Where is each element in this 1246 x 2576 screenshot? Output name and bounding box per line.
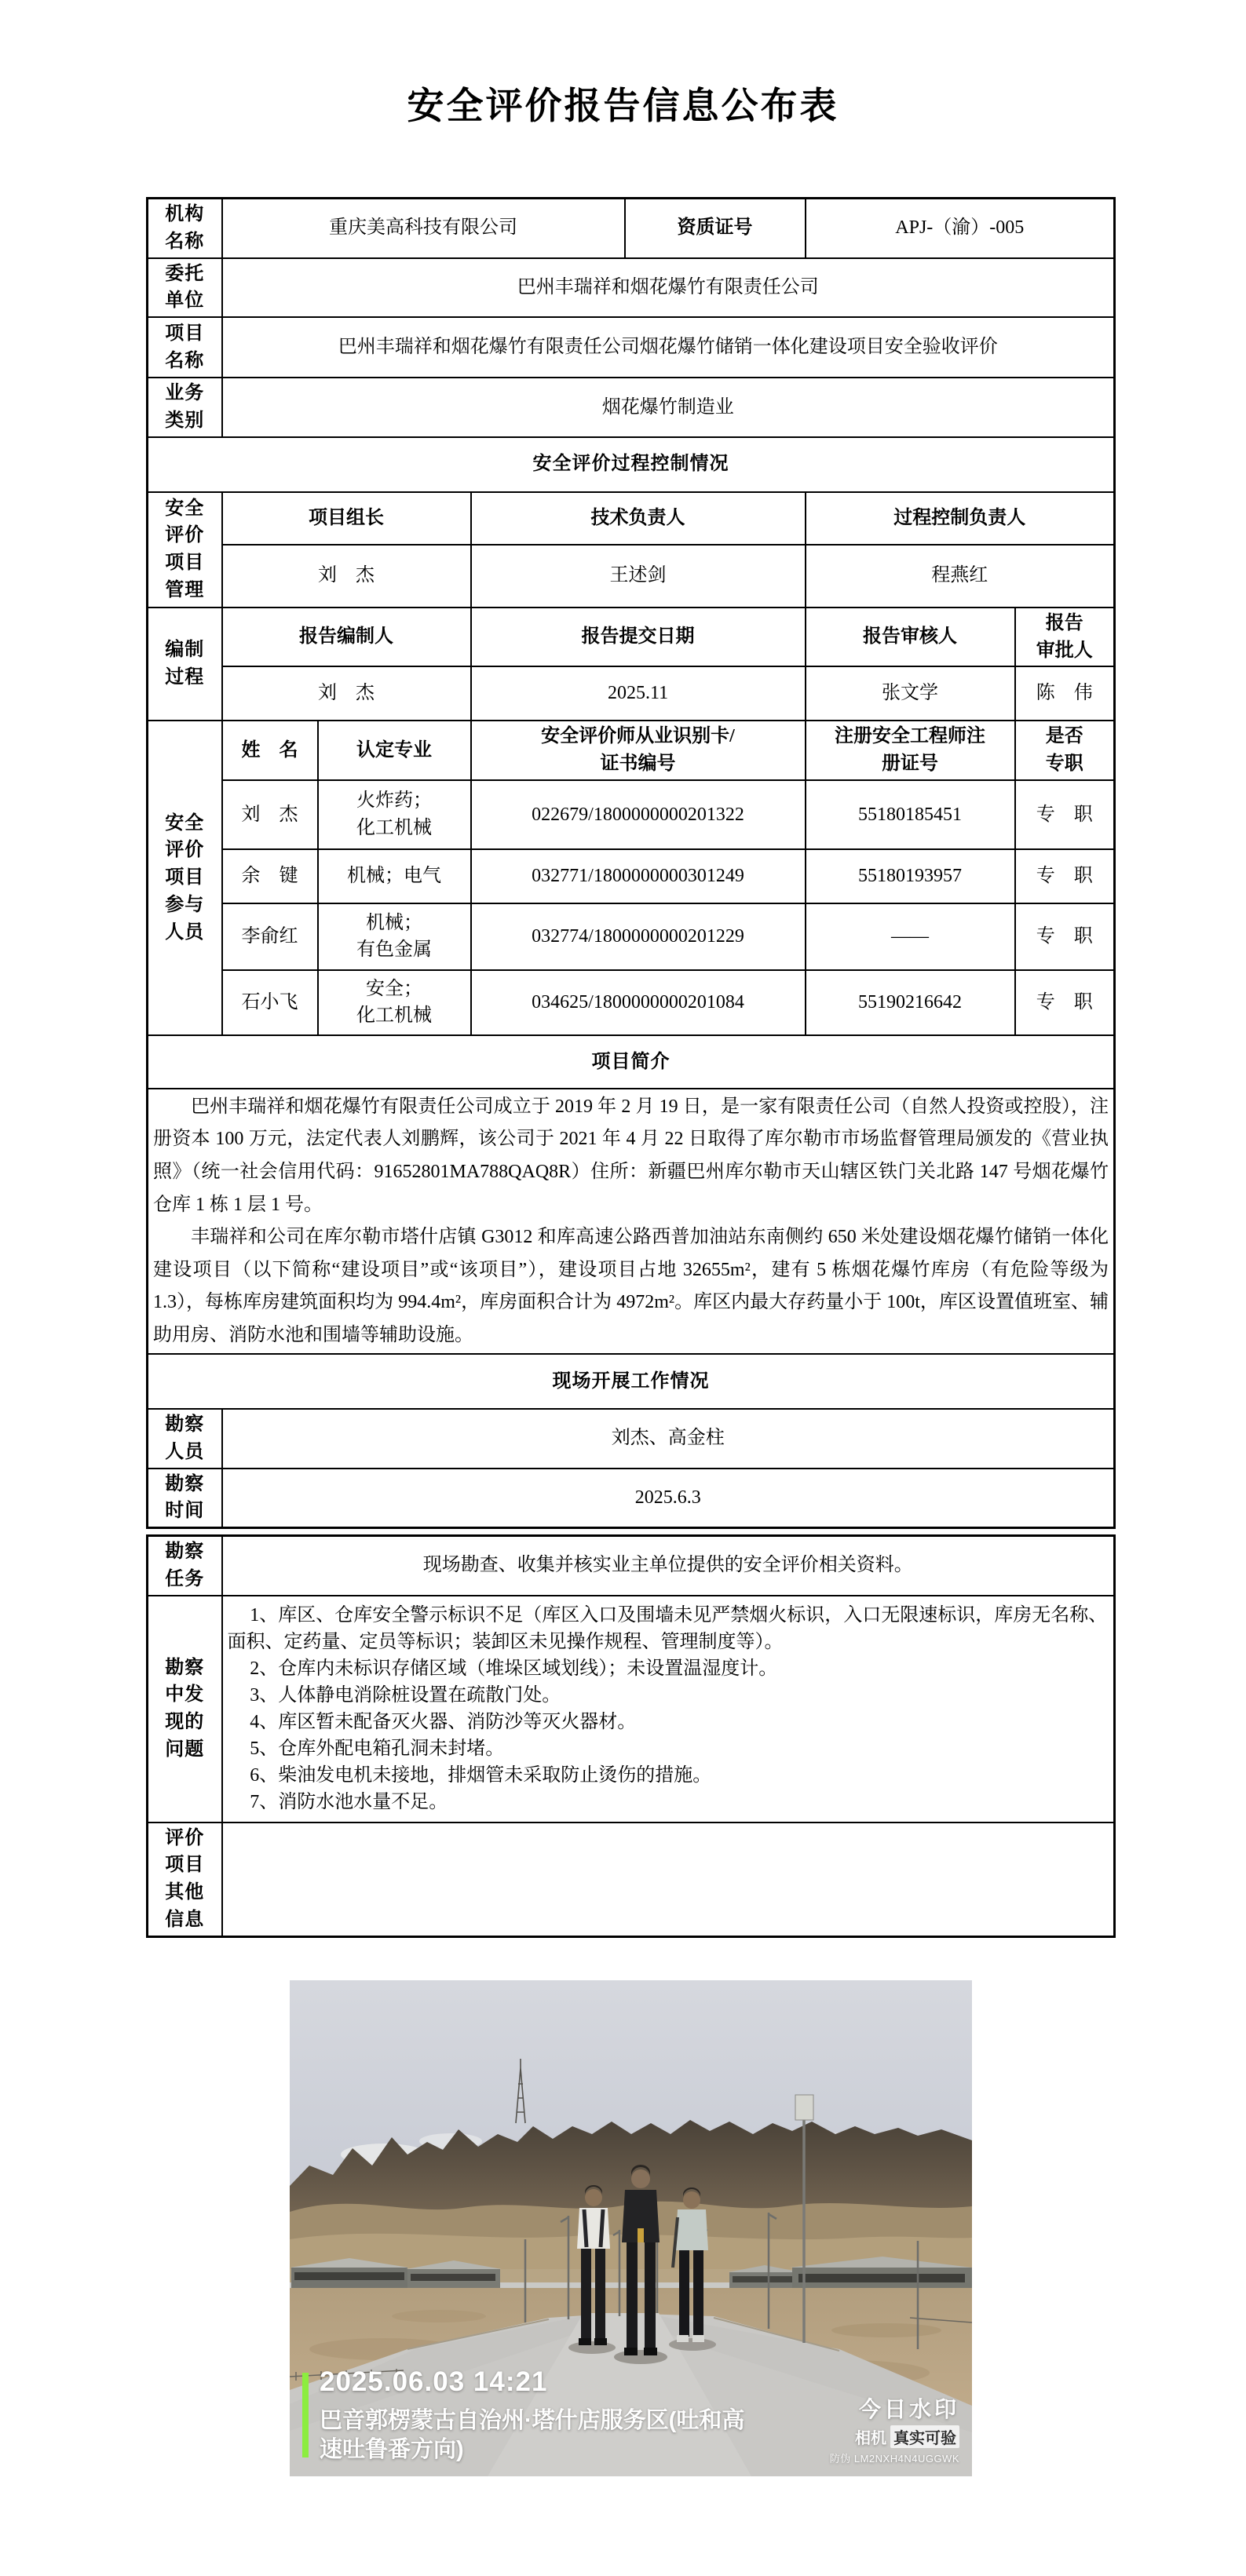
staff-col-fulltime: 是否 专职 — [1015, 721, 1115, 780]
compile-val-author: 刘 杰 — [222, 666, 471, 721]
photo-location: 巴音郭楞蒙古自治州·塔什店服务区(吐和高 速吐鲁番方向) — [320, 2406, 822, 2465]
staff-card: 034625/1800000000201084 — [471, 970, 806, 1035]
problem-item: 3、人体静电消除桩设置在疏散门处。 — [228, 1682, 1109, 1709]
photo-watermark: 今日水印 相机真实可验 防伪 LM2NXH4N4UGGWK — [830, 2392, 959, 2465]
watermark-camera-label: 相机 — [855, 2430, 886, 2447]
staff-card: 022679/1800000000201322 — [471, 780, 806, 849]
mgmt-val-tech: 王述剑 — [471, 545, 806, 608]
site-work-section-header: 现场开展工作情况 — [148, 1354, 1115, 1409]
process-control-section-header: 安全评价过程控制情况 — [148, 437, 1115, 492]
problem-item: 1、库区、仓库安全警示标识不足（库区入口及围墙未见严禁烟火标识，入口无限速标识，… — [228, 1602, 1109, 1655]
survey-task-label: 勘察 任务 — [148, 1536, 222, 1596]
staff-label: 安全 评价 项目 参与 人员 — [148, 721, 222, 1035]
client-value: 巴州丰瑞祥和烟花爆竹有限责任公司 — [222, 258, 1115, 318]
other-info-value — [222, 1823, 1115, 1937]
staff-col-name: 姓 名 — [222, 721, 318, 780]
staff-fulltime: 专 职 — [1015, 780, 1115, 849]
project-name-label: 项目 名称 — [148, 317, 222, 378]
cert-no-value: APJ-（渝）-005 — [806, 199, 1115, 258]
staff-reg: 55180193957 — [806, 849, 1015, 903]
site-photo: 2025.06.03 14:21 巴音郭楞蒙古自治州·塔什店服务区(吐和高 速吐… — [290, 1980, 972, 2476]
staff-reg: 55180185451 — [806, 780, 1015, 849]
staff-card: 032771/1800000000301249 — [471, 849, 806, 903]
survey-time-value: 2025.6.3 — [222, 1469, 1115, 1528]
org-name-label: 机构 名称 — [148, 199, 222, 258]
cert-no-label: 资质证号 — [625, 199, 806, 258]
staff-fulltime: 专 职 — [1015, 903, 1115, 970]
intro-section-header: 项目简介 — [148, 1035, 1115, 1089]
client-label: 委托 单位 — [148, 258, 222, 318]
org-name-value: 重庆美高科技有限公司 — [222, 199, 625, 258]
survey-time-label: 勘察 时间 — [148, 1469, 222, 1528]
problem-item: 5、仓库外配电箱孔洞未封堵。 — [228, 1735, 1109, 1762]
watermark-anticounterfeit-code: 防伪 LM2NXH4N4UGGWK — [830, 2450, 959, 2465]
staff-row: 刘 杰 火炸药； 化工机械 022679/1800000000201322 55… — [148, 780, 1115, 849]
other-info-label: 评价 项目 其他 信息 — [148, 1823, 222, 1937]
project-name-value: 巴州丰瑞祥和烟花爆竹有限责任公司烟花爆竹储销一体化建设项目安全验收评价 — [222, 317, 1115, 378]
mgmt-col-leader: 项目组长 — [222, 492, 471, 545]
staff-name: 李俞红 — [222, 903, 318, 970]
compile-label: 编制 过程 — [148, 608, 222, 721]
watermark-brand: 今日水印 — [830, 2392, 959, 2424]
compile-val-approver: 陈 伟 — [1015, 666, 1115, 721]
compile-col-reviewer: 报告审核人 — [806, 608, 1015, 667]
document-page: { "title": "安全评价报告信息公布表", "table1": { "o… — [0, 0, 1246, 2576]
mgmt-val-control: 程燕红 — [806, 545, 1115, 608]
problems-list: 1、库区、仓库安全警示标识不足（库区入口及围墙未见严禁烟火标识，入口无限速标识，… — [222, 1596, 1115, 1823]
photo-timestamp: 2025.06.03 14:21 — [320, 2366, 547, 2398]
staff-col-card: 安全评价师从业识别卡/ 证书编号 — [471, 721, 806, 780]
survey-staff-value: 刘杰、高金柱 — [222, 1409, 1115, 1469]
mgmt-col-tech: 技术负责人 — [471, 492, 806, 545]
problem-item: 2、仓库内未标识存储区域（堆垛区域划线）；未设置温湿度计。 — [228, 1655, 1109, 1682]
staff-row: 李俞红 机械； 有色金属 032774/1800000000201229 —— … — [148, 903, 1115, 970]
staff-major: 安全； 化工机械 — [318, 970, 471, 1035]
page-title: 安全评价报告信息公布表 — [0, 77, 1246, 130]
mgmt-val-leader: 刘 杰 — [222, 545, 471, 608]
compile-col-approver: 报告 审批人 — [1015, 608, 1115, 667]
compile-col-author: 报告编制人 — [222, 608, 471, 667]
staff-name: 刘 杰 — [222, 780, 318, 849]
business-type-value: 烟花爆竹制造业 — [222, 378, 1115, 437]
staff-major: 火炸药； 化工机械 — [318, 780, 471, 849]
business-type-label: 业务 类别 — [148, 378, 222, 437]
staff-name: 石小飞 — [222, 970, 318, 1035]
problems-label: 勘察 中发 现的 问题 — [148, 1596, 222, 1823]
timestamp-accent-bar — [302, 2373, 309, 2457]
problem-item: 4、库区暂未配备灭火器、消防沙等灭火器材。 — [228, 1709, 1109, 1735]
mgmt-col-control: 过程控制负责人 — [806, 492, 1115, 545]
staff-reg: —— — [806, 903, 1015, 970]
problem-item: 6、柴油发电机未接地，排烟管未采取防止烫伤的措施。 — [228, 1762, 1109, 1789]
staff-major: 机械； 有色金属 — [318, 903, 471, 970]
staff-major: 机械；电气 — [318, 849, 471, 903]
staff-name: 余 键 — [222, 849, 318, 903]
mgmt-label: 安全 评价 项目 管理 — [148, 492, 222, 608]
survey-task-value: 现场勘查、收集并核实业主单位提供的安全评价相关资料。 — [222, 1536, 1115, 1596]
intro-paragraph-2: 丰瑞祥和公司在库尔勒市塔什店镇 G3012 和库高速公路西普加油站东南侧约 65… — [153, 1221, 1109, 1352]
staff-col-reg: 注册安全工程师注 册证号 — [806, 721, 1015, 780]
staff-reg: 55190216642 — [806, 970, 1015, 1035]
survey-staff-label: 勘察 人员 — [148, 1409, 222, 1469]
staff-row: 石小飞 安全； 化工机械 034625/1800000000201084 551… — [148, 970, 1115, 1035]
staff-row: 余 键 机械；电气 032771/1800000000301249 551801… — [148, 849, 1115, 903]
problem-item: 7、消防水池水量不足。 — [228, 1789, 1109, 1815]
compile-col-date: 报告提交日期 — [471, 608, 806, 667]
staff-fulltime: 专 职 — [1015, 970, 1115, 1035]
survey-findings-table: 勘察 任务 现场勘查、收集并核实业主单位提供的安全评价相关资料。 勘察 中发 现… — [146, 1534, 1116, 1938]
compile-val-reviewer: 张文学 — [806, 666, 1015, 721]
compile-val-date: 2025.11 — [471, 666, 806, 721]
staff-card: 032774/1800000000201229 — [471, 903, 806, 970]
staff-fulltime: 专 职 — [1015, 849, 1115, 903]
intro-content: 巴州丰瑞祥和烟花爆竹有限责任公司成立于 2019 年 2 月 19 日，是一家有… — [148, 1089, 1115, 1354]
watermark-verified-badge: 真实可验 — [890, 2425, 959, 2448]
staff-col-major: 认定专业 — [318, 721, 471, 780]
intro-paragraph-1: 巴州丰瑞祥和烟花爆竹有限责任公司成立于 2019 年 2 月 19 日，是一家有… — [153, 1091, 1109, 1221]
main-info-table: 机构 名称 重庆美高科技有限公司 资质证号 APJ-（渝）-005 委托 单位 … — [146, 197, 1116, 1529]
